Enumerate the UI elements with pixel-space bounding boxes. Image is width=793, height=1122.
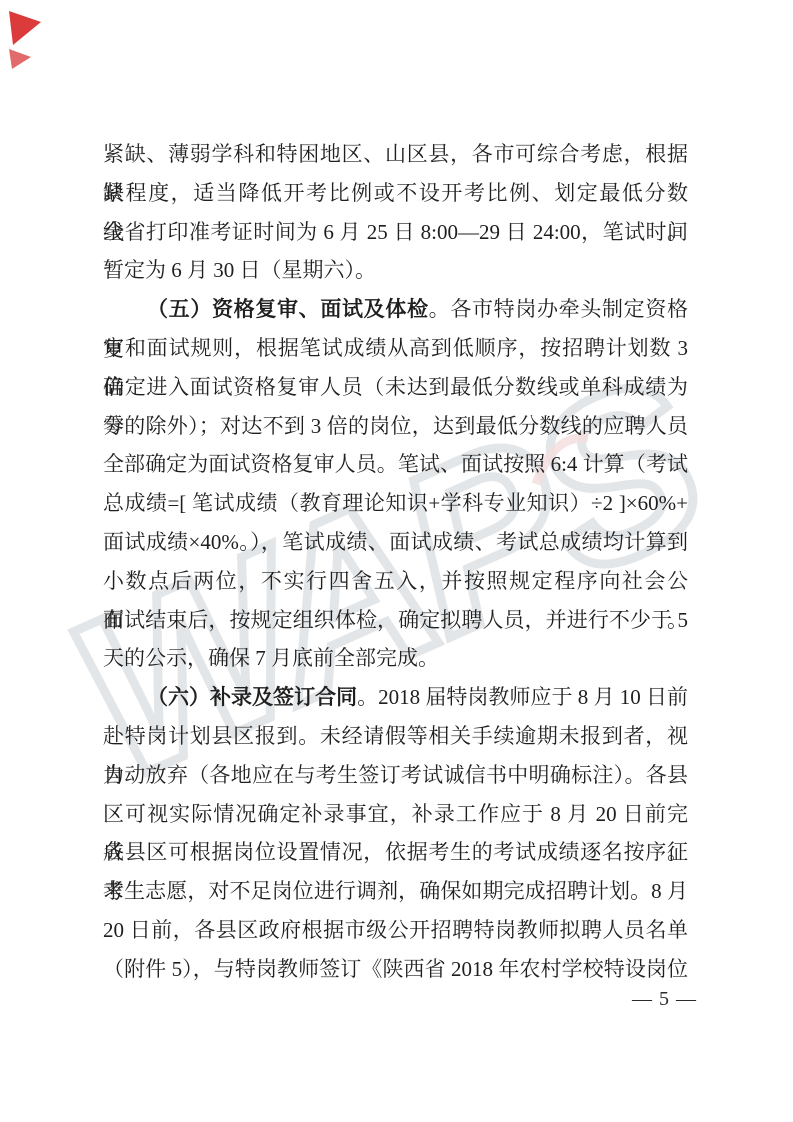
text-line: 面试结束后，按规定组织体检，确定拟聘人员，并进行不少于 5	[103, 601, 688, 640]
text-line: 小数点后两位，不实行四舍五入，并按照规定程序向社会公布。	[103, 562, 688, 601]
text-line: 20 日前，各县区政府根据市级公开招聘特岗教师拟聘人员名单	[103, 911, 688, 950]
text-line: 全部确定为面试资格复审人员。笔试、面试按照 6:4 计算（考试	[103, 445, 688, 484]
text-line: 分的除外）；对达不到 3 倍的岗位，达到最低分数线的应聘人员	[103, 407, 688, 446]
text-line: 赴特岗计划县区报到。未经请假等相关手续逾期未报到者，视为	[103, 717, 688, 756]
document-lines: 紧缺、薄弱学科和特困地区、山区县，各市可综合考虑，根据紧缺程度，适当降低开考比例…	[103, 135, 688, 989]
text-line: 缺程度，适当降低开考比例或不设开考比例、划定最低分数线。	[103, 174, 688, 213]
text-line: 自动放弃（各地应在与考生签订考试诚信书中明确标注）。各县	[103, 756, 688, 795]
text-line: 确定进入面试资格复审人员（未达到最低分数线或单科成绩为零	[103, 368, 688, 407]
document-page: WAPS 紧缺、薄弱学科和特困地区、山区县，各市可综合考虑，根据紧缺程度，适当降…	[0, 0, 793, 1122]
text-line: 面试成绩×40%。），笔试成绩、面试成绩、考试总成绩均计算到	[103, 523, 688, 562]
paragraph-heading: （六）补录及签订合同	[147, 686, 357, 709]
corner-logo-triangle-small	[9, 49, 31, 69]
text-line: （五）资格复审、面试及体检。各市特岗办牵头制定资格复	[103, 290, 688, 329]
text-line: 审和面试规则，根据笔试成绩从高到低顺序，按招聘计划数 3 倍	[103, 329, 688, 368]
text-line: 暂定为 6 月 30 日（星期六）。	[103, 251, 688, 290]
text-line: （六）补录及签订合同。2018 届特岗教师应于 8 月 10 日前	[103, 678, 688, 717]
corner-logo-triangle-large	[9, 11, 41, 45]
text-line: 全省打印准考证时间为 6 月 25 日 8:00—29 日 24:00，笔试时间	[103, 213, 688, 252]
text-line: 区可视实际情况确定补录事宜，补录工作应于 8 月 20 日前完成。	[103, 795, 688, 834]
text-line: 总成绩=[ 笔试成绩（教育理论知识+学科专业知识）÷2 ]×60%+	[103, 484, 688, 523]
text-line: （附件 5），与特岗教师签订《陕西省 2018 年农村学校特设岗位	[103, 950, 688, 989]
text-line: 考生志愿，对不足岗位进行调剂，确保如期完成招聘计划。8 月	[103, 872, 688, 911]
page-number: — 5 —	[103, 988, 697, 1011]
text-line: 各县区可根据岗位设置情况，依据考生的考试成绩逐名按序征求	[103, 833, 688, 872]
text-line: 天的公示，确保 7 月底前全部完成。	[103, 639, 688, 678]
paragraph-heading: （五）资格复审、面试及体检	[147, 298, 429, 321]
text-line: 紧缺、薄弱学科和特困地区、山区县，各市可综合考虑，根据紧	[103, 135, 688, 174]
